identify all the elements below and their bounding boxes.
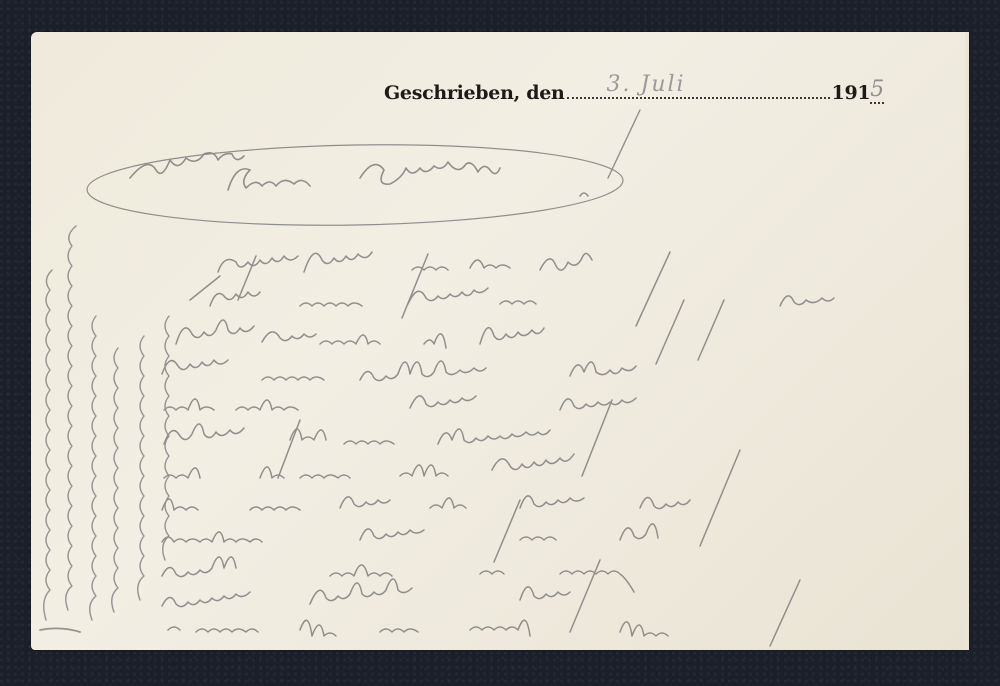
salutation-script [130, 153, 588, 196]
salutation-oval [86, 140, 623, 229]
pencil-handwriting [0, 0, 1000, 686]
body-script [162, 252, 834, 646]
margin-vertical-script [40, 226, 169, 632]
